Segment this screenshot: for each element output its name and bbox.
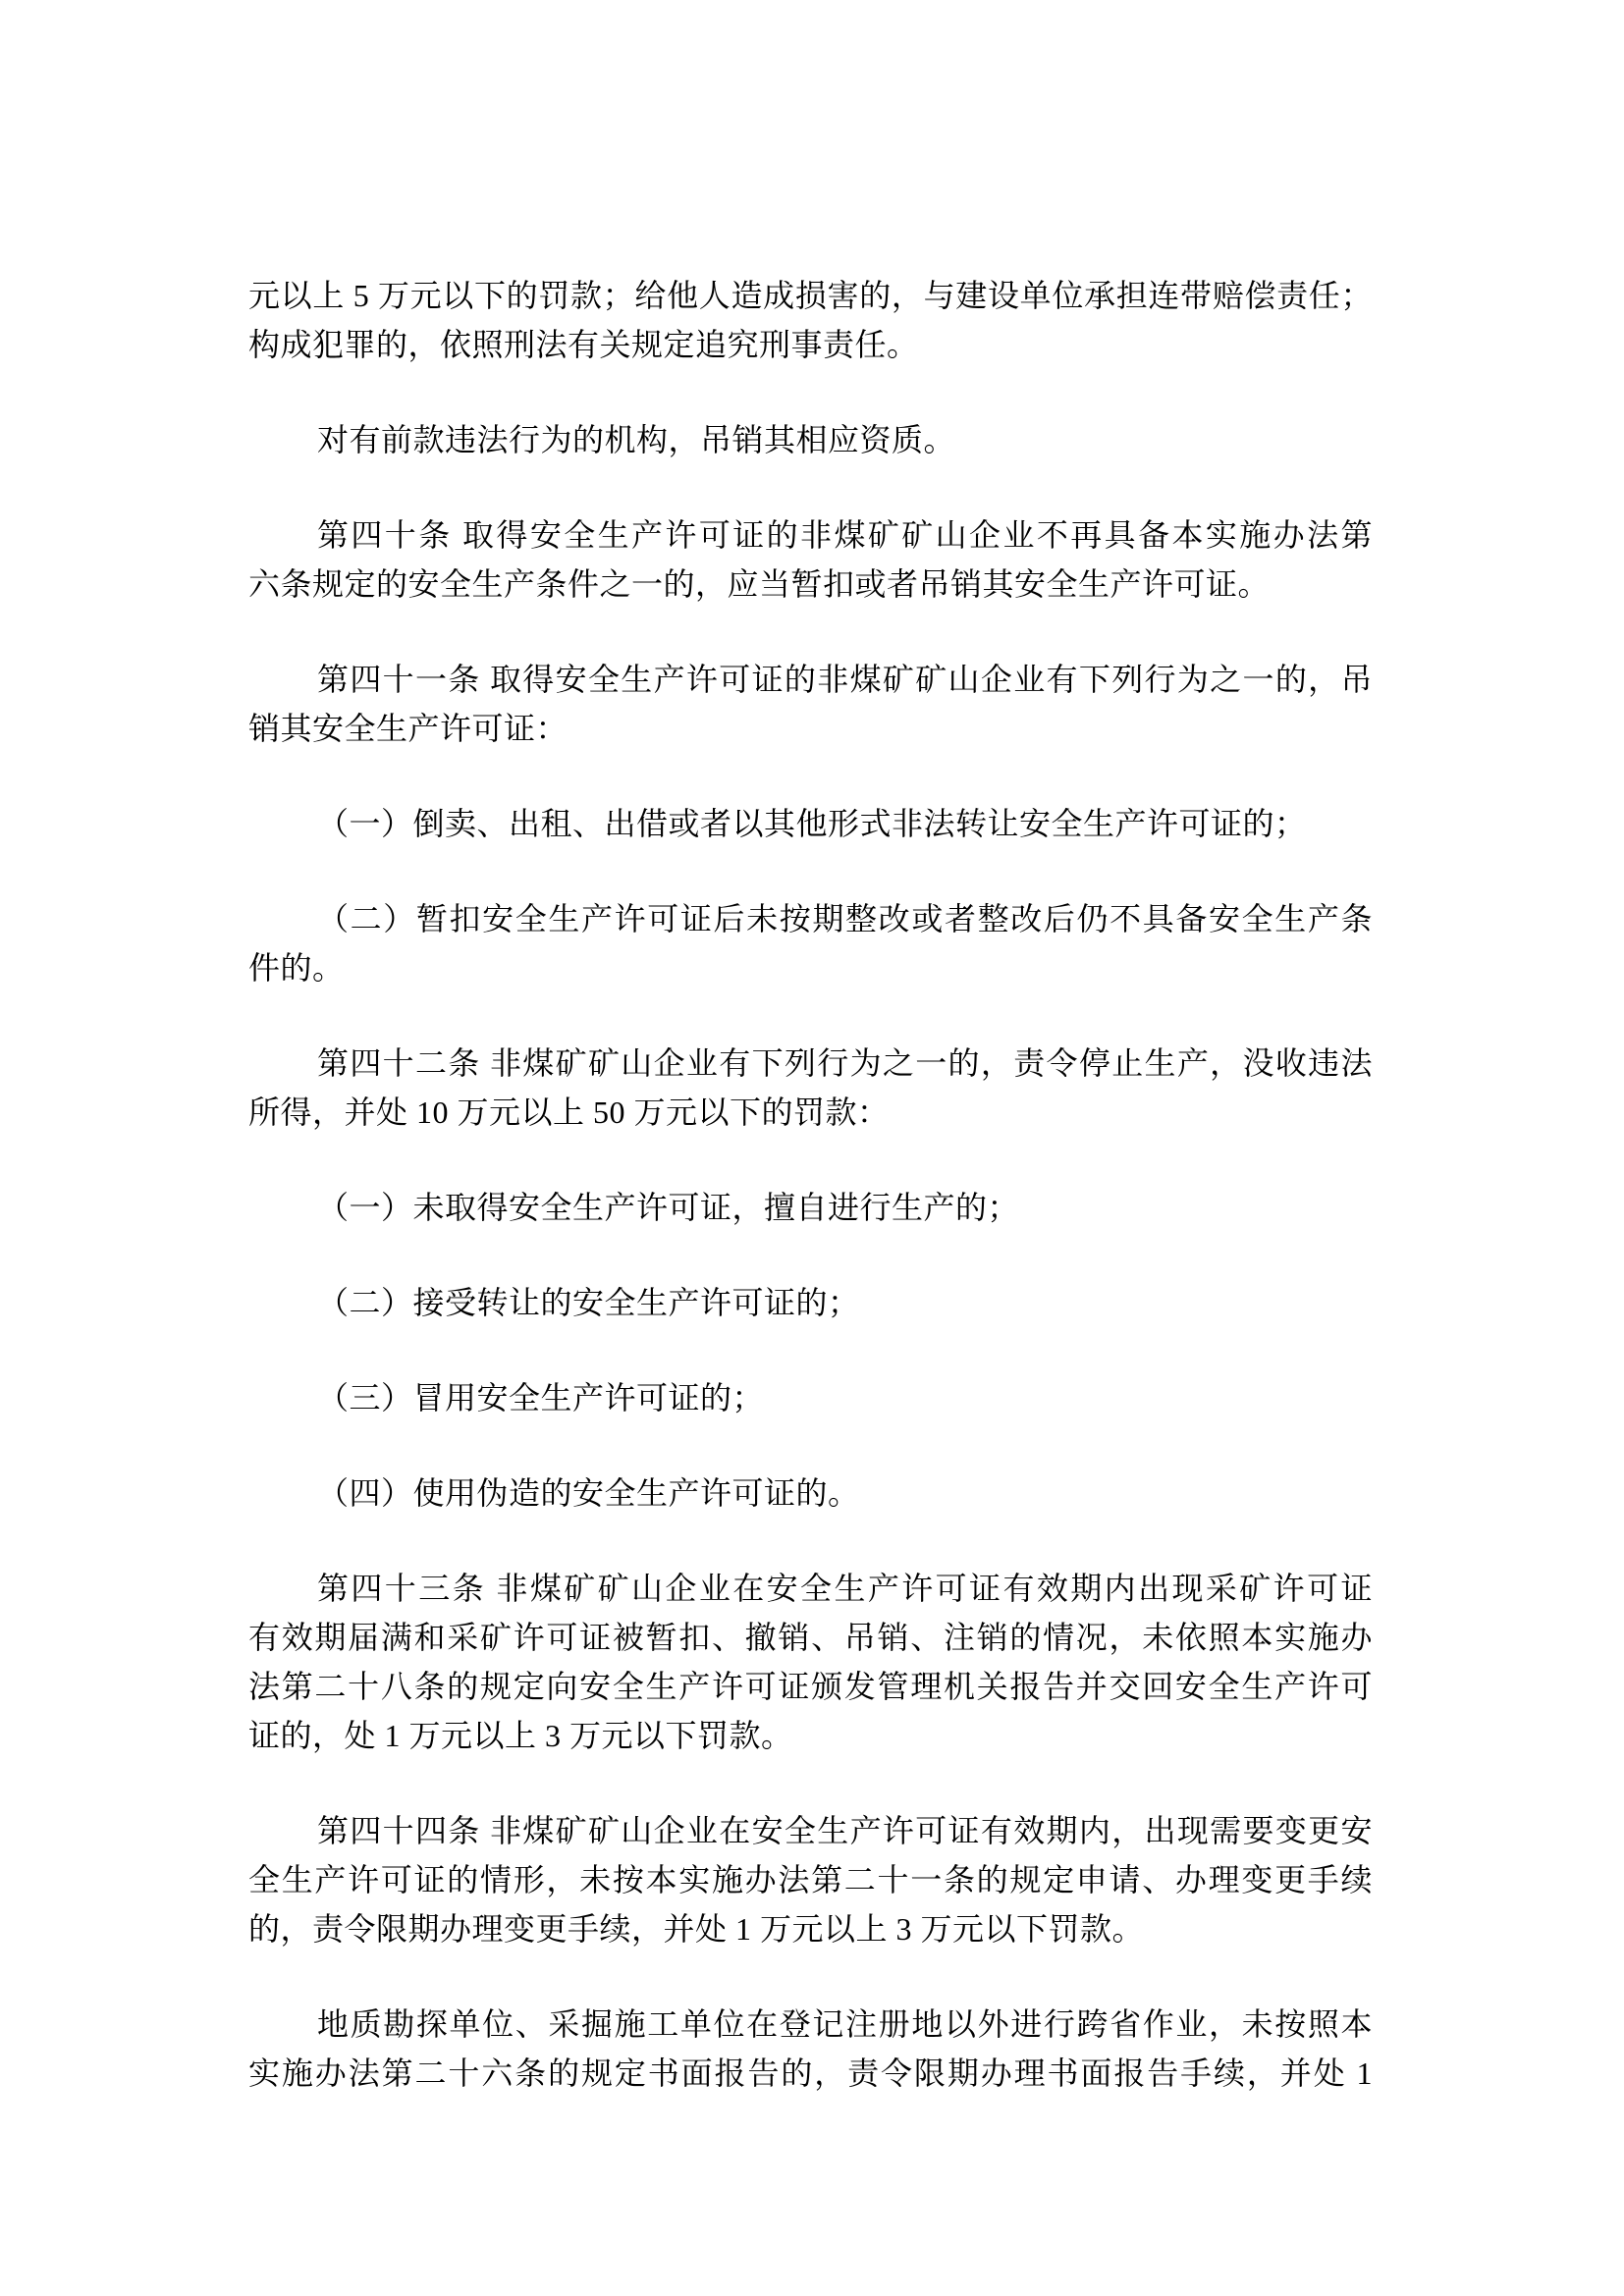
text-line: 法第二十八条的规定向安全生产许可证颁发管理机关报告并交回安全生产许可 [248,1662,1373,1711]
text-line: 六条规定的安全生产条件之一的，应当暂扣或者吊销其安全生产许可证。 [248,560,1373,609]
text-line: 有效期届满和采矿许可证被暂扣、撤销、吊销、注销的情况，未依照本实施办 [248,1613,1373,1662]
text-line: （四）使用伪造的安全生产许可证的。 [248,1468,1373,1518]
text-line: 第四十二条 非煤矿矿山企业有下列行为之一的，责令停止生产，没收违法 [248,1039,1373,1088]
document-text-block: 元以上 5 万元以下的罚款；给他人造成损害的，与建设单位承担连带赔偿责任； 构成… [248,225,1373,2113]
text-line: 第四十条 取得安全生产许可证的非煤矿矿山企业不再具备本实施办法第 [248,510,1373,560]
text-line: 元以上 5 万元以下的罚款；给他人造成损害的，与建设单位承担连带赔偿责任； [248,271,1373,320]
document-page: 元以上 5 万元以下的罚款；给他人造成损害的，与建设单位承担连带赔偿责任； 构成… [0,0,1624,2296]
text-line: 实施办法第二十六条的规定书面报告的，责令限期办理书面报告手续，并处 1 [248,2049,1373,2098]
text-line: 第四十一条 取得安全生产许可证的非煤矿矿山企业有下列行为之一的，吊 [248,655,1373,704]
text-line: （二）接受转让的安全生产许可证的； [248,1278,1373,1327]
text-line: （二）暂扣安全生产许可证后未按期整改或者整改后仍不具备安全生产条 [248,894,1373,943]
text-line: 构成犯罪的，依照刑法有关规定追究刑事责任。 [248,320,1373,369]
text-line: 件的。 [248,943,1373,992]
text-line: 证的，处 1 万元以上 3 万元以下罚款。 [248,1711,1373,1760]
text-line: 全生产许可证的情形，未按本实施办法第二十一条的规定申请、办理变更手续 [248,1855,1373,1904]
text-line: 销其安全生产许可证： [248,704,1373,753]
text-line: 的，责令限期办理变更手续，并处 1 万元以上 3 万元以下罚款。 [248,1904,1373,1953]
text-line: 第四十三条 非煤矿矿山企业在安全生产许可证有效期内出现采矿许可证 [248,1564,1373,1613]
text-line: 地质勘探单位、采掘施工单位在登记注册地以外进行跨省作业，未按照本 [248,2000,1373,2049]
text-line: 对有前款违法行为的机构，吊销其相应资质。 [248,415,1373,464]
text-line: 所得，并处 10 万元以上 50 万元以下的罚款： [248,1088,1373,1137]
text-line: 第四十四条 非煤矿矿山企业在安全生产许可证有效期内，出现需要变更安 [248,1806,1373,1855]
text-line: （三）冒用安全生产许可证的； [248,1373,1373,1422]
text-line: （一）未取得安全生产许可证，擅自进行生产的； [248,1183,1373,1232]
text-line: （一）倒卖、出租、出借或者以其他形式非法转让安全生产许可证的； [248,799,1373,848]
